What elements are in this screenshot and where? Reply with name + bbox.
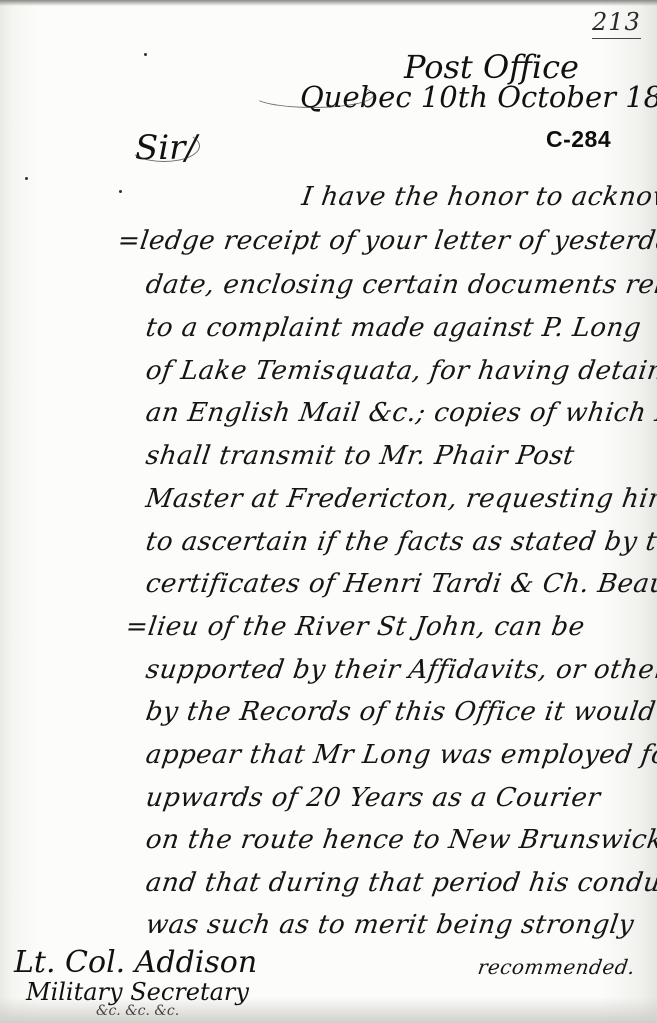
scan-edge-top [0,0,657,6]
paper-speck [144,53,147,56]
addressee-title: Military Secretary [26,978,249,1006]
body-line: I have the honor to acknow= [300,182,657,212]
addressee-name: Lt. Col. Addison [14,945,257,980]
body-line: =lieu of the River St John, can be [124,612,587,642]
heading-flourish [252,82,374,108]
body-line: Master at Fredericton, requesting him [144,484,657,514]
body-line: to ascertain if the facts as stated by t… [144,527,657,557]
body-line: and that during that period his conduct [144,868,657,898]
body-line: by the Records of this Office it would [144,697,657,727]
body-line: supported by their Affidavits, or otherw… [144,655,657,685]
salutation-flourish [128,130,200,162]
letter-page: 213 Post Office Quebec 10th October 1816… [0,0,657,1023]
body-line: =ledge receipt of your letter of yesterd… [116,226,657,256]
body-line: certificates of Henri Tardi & Ch. Beau= [144,569,657,599]
body-line: an English Mail &c.; copies of which I [144,398,657,428]
body-line: of Lake Temisquata, for having detained [144,356,657,386]
body-line: appear that Mr Long was employed for [144,740,657,770]
body-line: on the route hence to New Brunswick [144,825,657,855]
body-line: shall transmit to Mr. Phair Post [144,441,577,471]
body-line: upwards of 20 Years as a Courier [144,783,602,813]
folio-number: 213 [592,8,641,39]
addressee-etc: &c. &c. &c. [96,1003,179,1019]
body-line: to a complaint made against P. Long [144,313,643,343]
body-line: was such as to merit being strongly [144,910,636,940]
archive-stamp: C-284 [546,126,611,153]
paper-speck [119,190,122,193]
body-line: date, enclosing certain documents relati… [144,270,657,300]
paper-speck [25,177,28,180]
body-line-closing: recommended. [476,955,636,979]
